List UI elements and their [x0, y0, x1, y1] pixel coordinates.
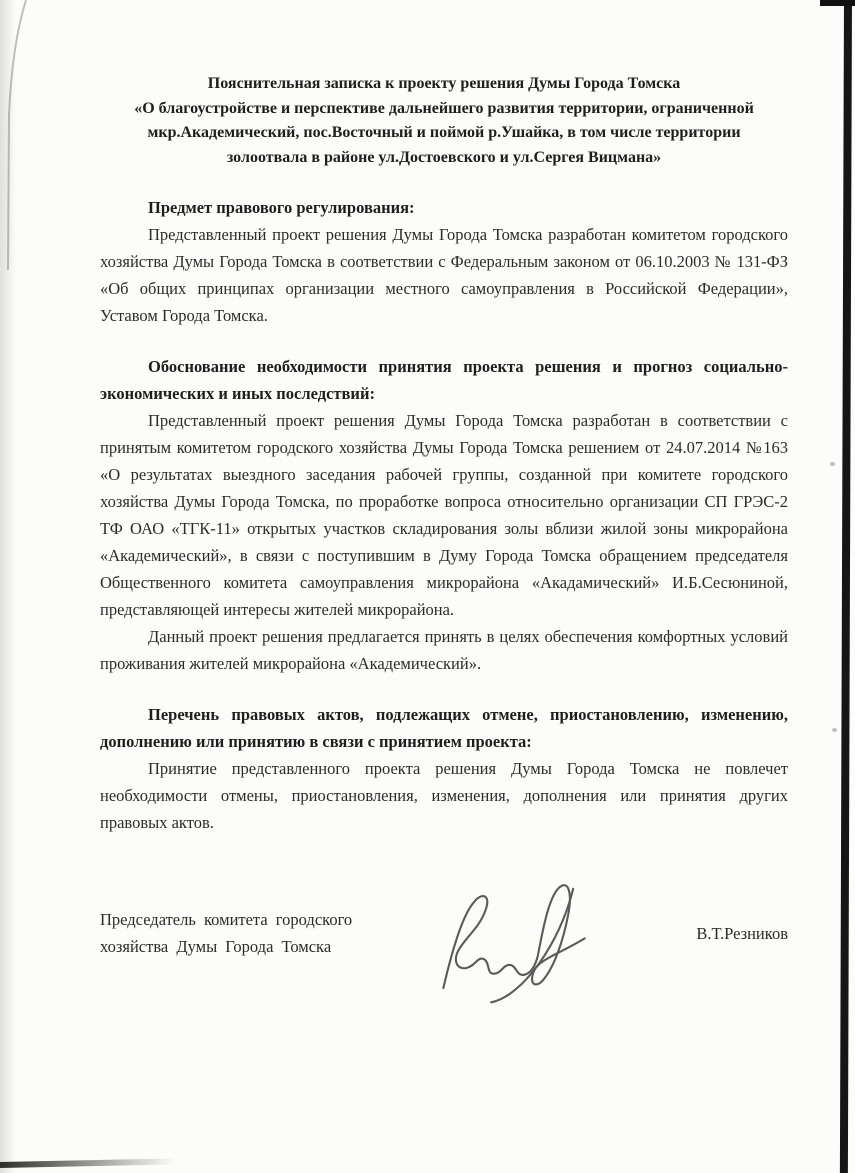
document-title-line: Пояснительная записка к проекту решения …	[100, 72, 788, 97]
section-justification: Обоснование необходимости принятия проек…	[100, 353, 788, 677]
signature-block: Председатель комитета городского хозяйст…	[100, 894, 788, 1034]
signatory-position-line: Председатель комитета городского	[100, 906, 352, 933]
paragraph: Представленный проект решения Думы Город…	[100, 221, 788, 329]
document-title-line: золоотвала в районе ул.Достоевского и ул…	[100, 146, 788, 171]
paragraph: Принятие представленного проекта решения…	[100, 755, 788, 836]
section-subject: Предмет правового регулирования: Предста…	[100, 194, 788, 329]
scan-artifact-left-shade	[0, 0, 16, 1173]
scan-artifact-right-edge	[840, 0, 852, 1173]
signatory-position: Председатель комитета городского хозяйст…	[100, 906, 352, 960]
section-heading: Обоснование необходимости принятия проек…	[100, 353, 788, 407]
signatory-name: В.Т.Резников	[696, 924, 788, 944]
document-title: Пояснительная записка к проекту решения …	[100, 72, 788, 170]
section-heading: Предмет правового регулирования:	[100, 194, 788, 221]
signatory-position-line: хозяйства Думы Города Томска	[100, 933, 352, 960]
scanned-document-page: Пояснительная записка к проекту решения …	[0, 0, 855, 1173]
document-title-line: «О благоустройстве и перспективе дальней…	[100, 97, 788, 122]
scan-artifact-top-right-edge	[820, 0, 855, 6]
section-legal-acts: Перечень правовых актов, подлежащих отме…	[100, 701, 788, 836]
document-content: Пояснительная записка к проекту решения …	[100, 72, 788, 1034]
scan-artifact-bottom-left-streak	[0, 1158, 175, 1168]
section-heading: Перечень правовых актов, подлежащих отме…	[100, 701, 788, 755]
paragraph: Представленный проект решения Думы Город…	[100, 407, 788, 623]
document-title-line: мкр.Академический, пос.Восточный и поймо…	[100, 121, 788, 146]
paragraph: Данный проект решения предлагается приня…	[100, 623, 788, 677]
scan-speck	[832, 728, 837, 732]
scan-speck	[830, 462, 835, 466]
handwritten-signature-icon	[430, 872, 640, 1022]
